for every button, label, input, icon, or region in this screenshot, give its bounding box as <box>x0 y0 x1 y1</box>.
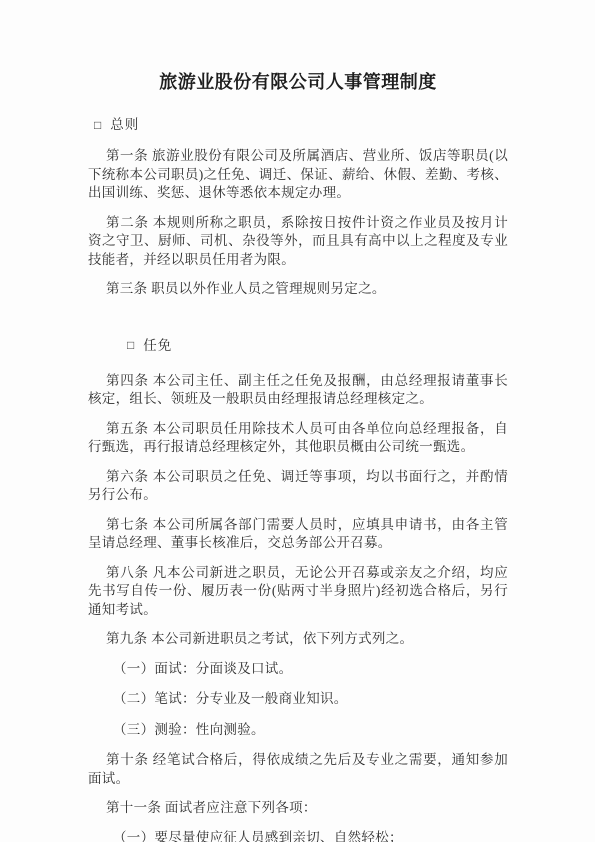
exam-method-item-3: （三）测验：性向测验。 <box>113 721 508 740</box>
section-heading-appointment-label: 任免 <box>143 337 172 354</box>
interview-note-item-1: （一）要尽量使应征人员感到亲切、自然轻松； <box>113 829 508 842</box>
article-6-paragraph: 第六条 本公司职员之任免、调迁等事项，均以书面行之，并酌情另行公布。 <box>88 468 508 505</box>
document-title: 旅游业股份有限公司人事管理制度 <box>88 72 508 92</box>
article-1-paragraph: 第一条 旅游业股份有限公司及所属酒店、营业所、饭店等职员(以下统称本公司职员)之… <box>88 147 508 203</box>
square-bullet-icon: □ <box>127 339 135 351</box>
article-4-paragraph: 第四条 本公司主任、副主任之任免及报酬，由总经理报请董事长核定，组长、领班及一般… <box>88 372 508 409</box>
square-bullet-icon: □ <box>94 119 102 131</box>
article-3-paragraph: 第三条 职员以外作业人员之管理规则另定之。 <box>88 280 508 299</box>
article-9-paragraph: 第九条 本公司新进职员之考试，依下列方式列之。 <box>88 630 508 649</box>
section-heading-general: □ 总则 <box>94 116 508 133</box>
article-8-paragraph: 第八条 凡本公司新进之职员，无论公开召募或亲友之介绍，均应先书写自传一份、履历表… <box>88 564 508 620</box>
section-heading-general-label: 总则 <box>110 116 139 133</box>
article-7-paragraph: 第七条 本公司所属各部门需要人员时，应填具申请书，由各主管呈请总经理、董事长核准… <box>88 516 508 553</box>
exam-method-item-1: （一）面试：分面谈及口试。 <box>113 660 508 679</box>
article-2-paragraph: 第二条 本规则所称之职员，系除按日按件计资之作业员及按月计资之守卫、厨师、司机、… <box>88 214 508 270</box>
article-5-paragraph: 第五条 本公司职员任用除技术人员可由各单位向总经理报备，自行甄选，再行报请总经理… <box>88 420 508 457</box>
article-11-paragraph: 第十一条 面试者应注意下列各项： <box>88 799 508 818</box>
exam-method-item-2: （二）笔试：分专业及一般商业知识。 <box>113 690 508 709</box>
article-10-paragraph: 第十条 经笔试合格后，得依成绩之先后及专业之需要，通知参加面试。 <box>88 751 508 788</box>
section-heading-appointment: □ 任免 <box>127 337 508 354</box>
document-page: 旅游业股份有限公司人事管理制度 □ 总则 第一条 旅游业股份有限公司及所属酒店、… <box>0 0 595 842</box>
